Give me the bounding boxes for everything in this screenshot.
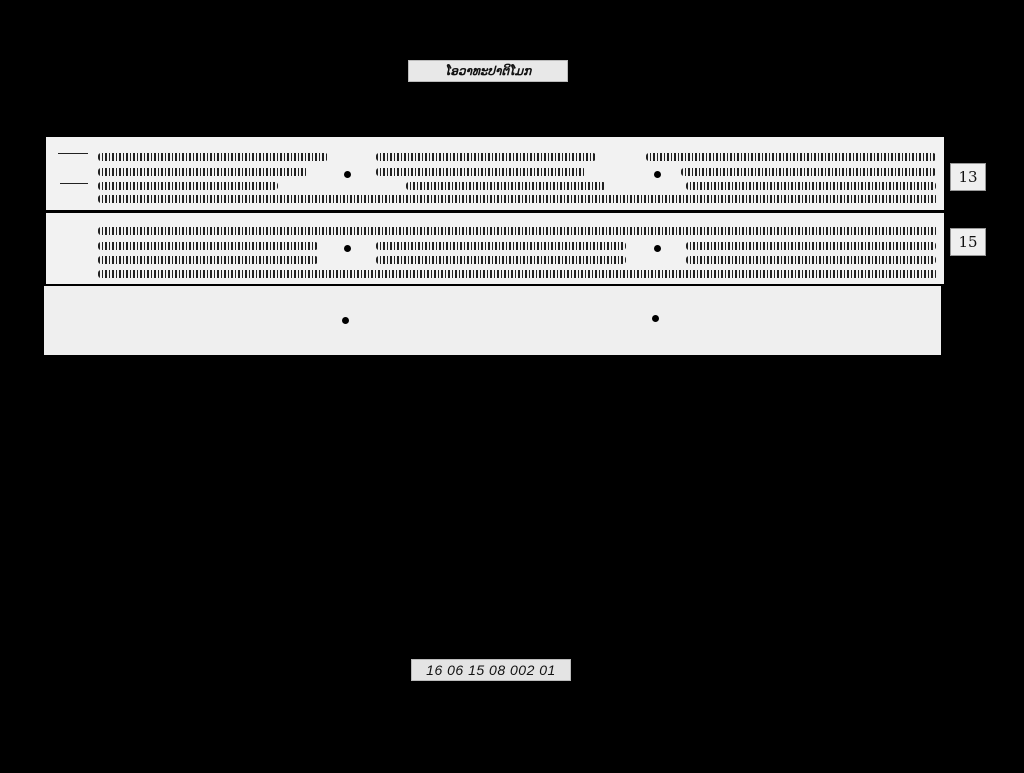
binding-hole bbox=[344, 171, 351, 178]
margin-mark bbox=[58, 153, 88, 154]
text-line-2c bbox=[681, 168, 936, 176]
text-line-4 bbox=[98, 195, 938, 203]
text-line-2c bbox=[686, 242, 936, 250]
text-line-3 bbox=[98, 182, 278, 190]
text-line-1b bbox=[376, 153, 596, 161]
text-line-3c bbox=[686, 256, 936, 264]
binding-hole bbox=[654, 171, 661, 178]
text-line-2b bbox=[376, 242, 626, 250]
palm-leaf-2 bbox=[46, 213, 944, 284]
margin-mark bbox=[60, 183, 88, 184]
text-line-1c bbox=[646, 153, 936, 161]
binding-hole bbox=[344, 245, 351, 252]
manuscript-title-label: ໂອວາທະປາຕິໂມກ bbox=[408, 60, 568, 82]
text-line-4 bbox=[98, 270, 938, 278]
palm-leaf-1 bbox=[46, 137, 944, 210]
text-line-3c bbox=[686, 182, 936, 190]
page-number-15: 15 bbox=[950, 228, 986, 256]
text-line-1 bbox=[98, 227, 938, 235]
binding-hole bbox=[342, 317, 349, 324]
text-line-2 bbox=[98, 168, 308, 176]
text-line-3 bbox=[98, 256, 318, 264]
binding-hole bbox=[652, 315, 659, 322]
reference-number-label: 16 06 15 08 002 01 bbox=[411, 659, 571, 681]
text-line-1 bbox=[98, 153, 328, 161]
palm-leaf-3-blank bbox=[44, 286, 941, 355]
page-number-13: 13 bbox=[950, 163, 986, 191]
text-line-3b bbox=[406, 182, 606, 190]
text-line-2 bbox=[98, 242, 318, 250]
text-line-3b bbox=[376, 256, 626, 264]
binding-hole bbox=[654, 245, 661, 252]
text-line-2b bbox=[376, 168, 586, 176]
